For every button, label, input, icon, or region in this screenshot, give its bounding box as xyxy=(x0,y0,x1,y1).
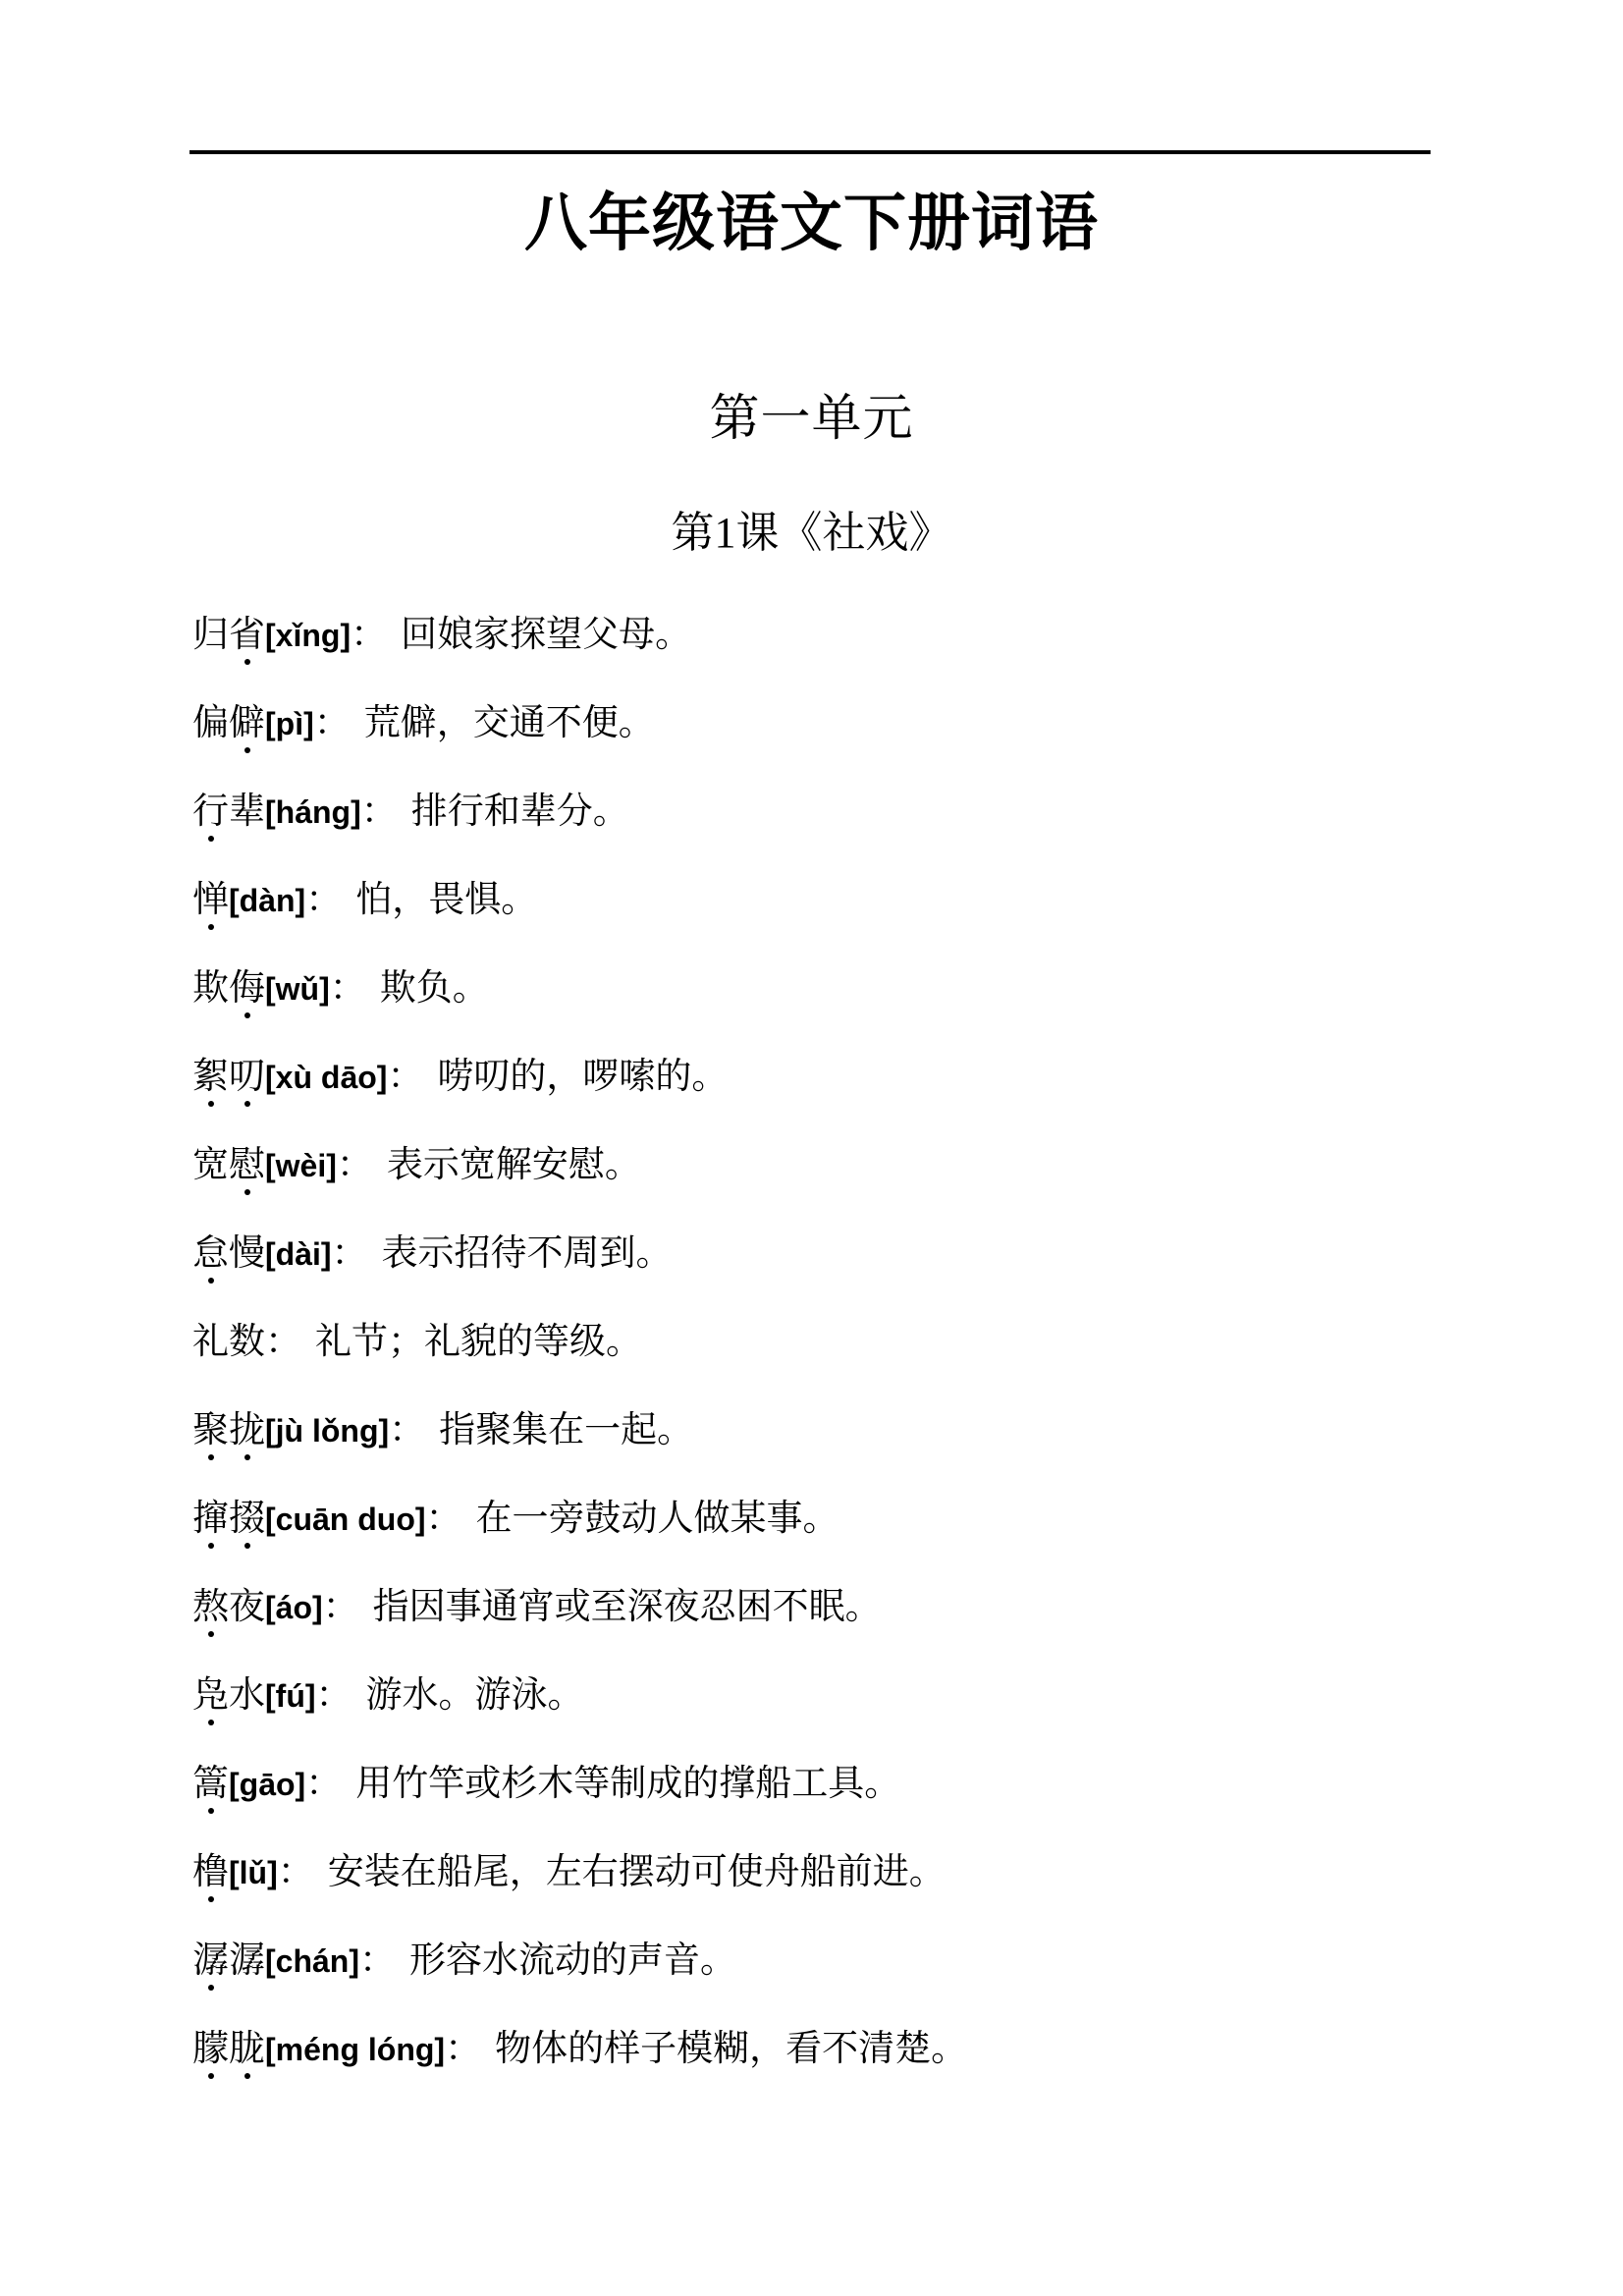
entry-word: 行辈 xyxy=(192,792,265,832)
vocab-entry: 聚拢[jù lǒng]：指聚集在一起。 xyxy=(192,1410,1525,1451)
emphasized-char: 熬 xyxy=(192,1587,229,1628)
entry-definition: 游水。游泳。 xyxy=(366,1675,584,1716)
emphasized-char: 怠 xyxy=(192,1233,229,1275)
entry-colon: ： xyxy=(389,1410,425,1450)
vocab-entry: 撺掇[cuān duo]：在一旁鼓动人做某事。 xyxy=(192,1499,1525,1540)
emphasized-char: 叨 xyxy=(229,1057,265,1098)
word-char: 欺 xyxy=(192,968,229,1010)
entry-pinyin: [chán] xyxy=(265,1943,359,1979)
entry-definition: 排行和辈分。 xyxy=(411,792,629,832)
word-char: 水 xyxy=(229,1675,265,1717)
vocab-entry-list: 归省[xǐng]：回娘家探望父母。偏僻[pì]：荒僻，交通不便。行辈[háng]… xyxy=(192,615,1525,2117)
entry-pinyin: [fú] xyxy=(265,1678,316,1714)
entry-colon: ： xyxy=(305,880,342,920)
entry-definition: 怕，畏惧。 xyxy=(355,880,537,920)
entry-word: 宽慰 xyxy=(192,1145,265,1185)
page-title: 八年级语文下册词语 xyxy=(0,187,1623,262)
entry-definition: 荒僻，交通不便。 xyxy=(364,703,655,743)
entry-word: 潺潺 xyxy=(192,1941,265,1981)
emphasized-char: 掇 xyxy=(229,1499,265,1540)
vocab-entry: 橹[lǔ]：安装在船尾，左右摆动可使舟船前进。 xyxy=(192,1852,1525,1893)
emphasized-char: 慰 xyxy=(229,1145,265,1186)
word-char: 礼 xyxy=(192,1322,229,1363)
word-char: 数 xyxy=(229,1322,265,1363)
entry-word: 欺侮 xyxy=(192,968,265,1009)
vocab-entry: 絮叨[xù dāo]：唠叨的，啰嗦的。 xyxy=(192,1057,1525,1098)
entry-word: 橹 xyxy=(192,1852,229,1892)
entry-definition: 在一旁鼓动人做某事。 xyxy=(476,1499,839,1539)
entry-word: 聚拢 xyxy=(192,1410,265,1450)
entry-word: 礼数 xyxy=(192,1322,265,1362)
entry-colon: ： xyxy=(305,1764,342,1804)
lesson-heading: 第1课《社戏》 xyxy=(0,509,1623,559)
entry-definition: 指因事通宵或至深夜忍困不眠。 xyxy=(373,1587,882,1627)
emphasized-char: 侮 xyxy=(229,968,265,1010)
entry-definition: 指聚集在一起。 xyxy=(439,1410,693,1450)
entry-colon: ： xyxy=(265,1322,301,1362)
emphasized-char: 聚 xyxy=(192,1410,229,1451)
entry-definition: 用竹竿或杉木等制成的撑船工具。 xyxy=(355,1764,900,1804)
entry-definition: 回娘家探望父母。 xyxy=(401,615,691,655)
vocab-entry: 礼数：礼节；礼貌的等级。 xyxy=(192,1322,1525,1363)
entry-colon: ： xyxy=(278,1852,314,1892)
entry-word: 熬夜 xyxy=(192,1587,265,1627)
emphasized-char: 惮 xyxy=(192,880,229,921)
emphasized-char: 潺 xyxy=(192,1941,229,1982)
entry-pinyin: [dài] xyxy=(265,1236,332,1272)
entry-word: 撺掇 xyxy=(192,1499,265,1539)
entry-pinyin: [wǔ] xyxy=(265,971,330,1007)
entry-colon: ： xyxy=(387,1057,423,1097)
entry-definition: 表示招待不周到。 xyxy=(382,1233,673,1274)
word-char: 偏 xyxy=(192,703,229,744)
entry-definition: 物体的样子模糊，看不清楚。 xyxy=(495,2029,967,2069)
entry-pinyin: [jù lǒng] xyxy=(265,1413,389,1449)
vocab-entry: 行辈[háng]：排行和辈分。 xyxy=(192,792,1525,833)
entry-pinyin: [pì] xyxy=(265,706,314,741)
entry-colon: ： xyxy=(359,1941,396,1981)
entry-word: 篙 xyxy=(192,1764,229,1804)
vocab-entry: 朦胧[méng lóng]：物体的样子模糊，看不清楚。 xyxy=(192,2029,1525,2070)
entry-pinyin: [gāo] xyxy=(229,1767,305,1802)
entry-pinyin: [cuān duo] xyxy=(265,1502,426,1537)
entry-pinyin: [áo] xyxy=(265,1590,323,1625)
emphasized-char: 朦 xyxy=(192,2029,229,2070)
entry-word: 归省 xyxy=(192,615,265,655)
entry-colon: ： xyxy=(426,1499,462,1539)
entry-definition: 形容水流动的声音。 xyxy=(409,1941,736,1981)
emphasized-char: 撺 xyxy=(192,1499,229,1540)
word-char: 潺 xyxy=(229,1941,265,1982)
entry-pinyin: [méng lóng] xyxy=(265,2032,445,2067)
entry-word: 朦胧 xyxy=(192,2029,265,2069)
emphasized-char: 胧 xyxy=(229,2029,265,2070)
unit-heading: 第一单元 xyxy=(0,391,1623,449)
entry-pinyin: [xǐng] xyxy=(265,618,351,653)
entry-colon: ： xyxy=(316,1675,352,1716)
entry-definition: 表示宽解安慰。 xyxy=(387,1145,641,1185)
vocab-entry: 归省[xǐng]：回娘家探望父母。 xyxy=(192,615,1525,656)
word-char: 慢 xyxy=(229,1233,265,1275)
entry-pinyin: [dàn] xyxy=(229,883,305,918)
entry-colon: ： xyxy=(361,792,398,832)
entry-colon: ： xyxy=(314,703,351,743)
vocab-entry: 凫水[fú]：游水。游泳。 xyxy=(192,1675,1525,1717)
emphasized-char: 僻 xyxy=(229,703,265,744)
emphasized-char: 篙 xyxy=(192,1764,229,1805)
entry-colon: ： xyxy=(323,1587,359,1627)
emphasized-char: 凫 xyxy=(192,1675,229,1717)
word-char: 归 xyxy=(192,615,229,656)
entry-word: 偏僻 xyxy=(192,703,265,743)
entry-definition: 唠叨的，啰嗦的。 xyxy=(437,1057,728,1097)
vocab-entry: 偏僻[pì]：荒僻，交通不便。 xyxy=(192,703,1525,744)
vocab-entry: 熬夜[áo]：指因事通宵或至深夜忍困不眠。 xyxy=(192,1587,1525,1628)
word-char: 夜 xyxy=(229,1587,265,1628)
entry-pinyin: [lǔ] xyxy=(229,1855,278,1890)
vocab-entry: 怠慢[dài]：表示招待不周到。 xyxy=(192,1233,1525,1275)
header-rule xyxy=(189,150,1431,154)
entry-colon: ： xyxy=(337,1145,373,1185)
emphasized-char: 橹 xyxy=(192,1852,229,1893)
entry-word: 凫水 xyxy=(192,1675,265,1716)
emphasized-char: 拢 xyxy=(229,1410,265,1451)
entry-definition: 安装在船尾，左右摆动可使舟船前进。 xyxy=(328,1852,946,1892)
entry-definition: 礼节；礼貌的等级。 xyxy=(315,1322,642,1362)
entry-colon: ： xyxy=(332,1233,368,1274)
emphasized-char: 行 xyxy=(192,792,229,833)
entry-colon: ： xyxy=(330,968,366,1009)
vocab-entry: 潺潺[chán]：形容水流动的声音。 xyxy=(192,1941,1525,1982)
entry-definition: 欺负。 xyxy=(380,968,489,1009)
document-page: 八年级语文下册词语 第一单元 第1课《社戏》 归省[xǐng]：回娘家探望父母。… xyxy=(0,0,1623,2296)
vocab-entry: 篙[gāo]：用竹竿或杉木等制成的撑船工具。 xyxy=(192,1764,1525,1805)
entry-pinyin: [háng] xyxy=(265,794,361,830)
entry-pinyin: [xù dāo] xyxy=(265,1060,387,1095)
vocab-entry: 宽慰[wèi]：表示宽解安慰。 xyxy=(192,1145,1525,1186)
emphasized-char: 絮 xyxy=(192,1057,229,1098)
word-char: 辈 xyxy=(229,792,265,833)
entry-word: 惮 xyxy=(192,880,229,920)
entry-word: 怠慢 xyxy=(192,1233,265,1274)
word-char: 宽 xyxy=(192,1145,229,1186)
entry-pinyin: [wèi] xyxy=(265,1148,337,1183)
vocab-entry: 欺侮[wǔ]：欺负。 xyxy=(192,968,1525,1010)
entry-colon: ： xyxy=(351,615,387,655)
entry-colon: ： xyxy=(445,2029,481,2069)
emphasized-char: 省 xyxy=(229,615,265,656)
vocab-entry: 惮[dàn]：怕，畏惧。 xyxy=(192,880,1525,921)
entry-word: 絮叨 xyxy=(192,1057,265,1097)
